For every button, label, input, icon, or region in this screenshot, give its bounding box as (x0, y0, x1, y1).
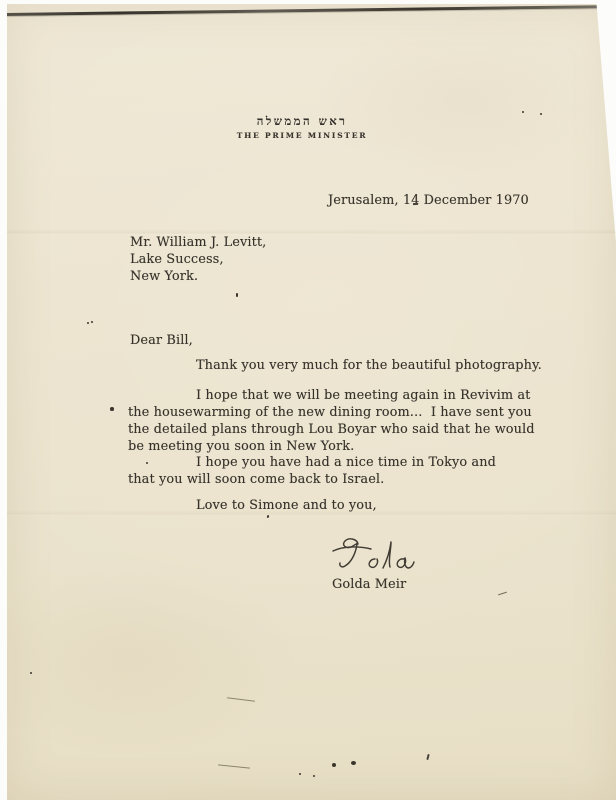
body-line: Thank you very much for the beautiful ph… (196, 358, 542, 373)
ink-speck (313, 775, 315, 777)
body-line: I hope that we will be meeting again in … (196, 388, 530, 403)
ink-speck (30, 672, 32, 674)
ink-speck (299, 773, 301, 775)
body-line: be meeting you soon in New York. (128, 439, 354, 454)
body-line: the housewarming of the new dining room.… (128, 405, 532, 420)
body-line: that you will soon come back to Israel. (128, 472, 384, 487)
fold-crease-upper (7, 229, 616, 237)
scratch-mark (227, 697, 255, 701)
recipient-line: Lake Success, (130, 252, 224, 267)
letter-paper: ראש הממשלה THE PRIME MINISTER Jerusalem,… (7, 4, 616, 800)
ink-speck (236, 293, 238, 297)
recipient-line: New York. (130, 269, 198, 284)
letterhead-english: THE PRIME MINISTER (207, 131, 397, 140)
stray-dash-artifact (413, 203, 418, 205)
ink-speck (522, 111, 524, 113)
scratch-mark (218, 764, 250, 768)
salutation: Dear Bill, (130, 333, 193, 348)
recipient-line: Mr. William J. Levitt, (130, 235, 266, 250)
closing-line: Love to Simone and to you, (196, 498, 377, 513)
ink-speck (110, 407, 114, 411)
scratch-mark (498, 592, 507, 596)
ink-speck (267, 515, 270, 519)
typed-signature-name: Golda Meir (332, 577, 406, 592)
handwritten-signature-golda (330, 535, 426, 577)
ink-speck (426, 754, 429, 760)
letterhead: ראש הממשלה THE PRIME MINISTER (207, 114, 397, 140)
ink-speck (146, 462, 148, 464)
ink-speck (87, 322, 89, 324)
scanned-letter-page: { "letterhead": { "hebrew": "ראש הממשלה"… (0, 0, 616, 800)
letterhead-hebrew: ראש הממשלה (207, 114, 397, 128)
ink-speck (332, 763, 336, 767)
ink-speck (91, 321, 93, 323)
body-line: the detailed plans through Lou Boyar who… (128, 422, 535, 437)
ink-speck (540, 113, 542, 115)
body-line: I hope you have had a nice time in Tokyo… (196, 455, 496, 470)
ink-speck (351, 761, 356, 765)
dateline: Jerusalem, 14 December 1970 (328, 193, 529, 208)
